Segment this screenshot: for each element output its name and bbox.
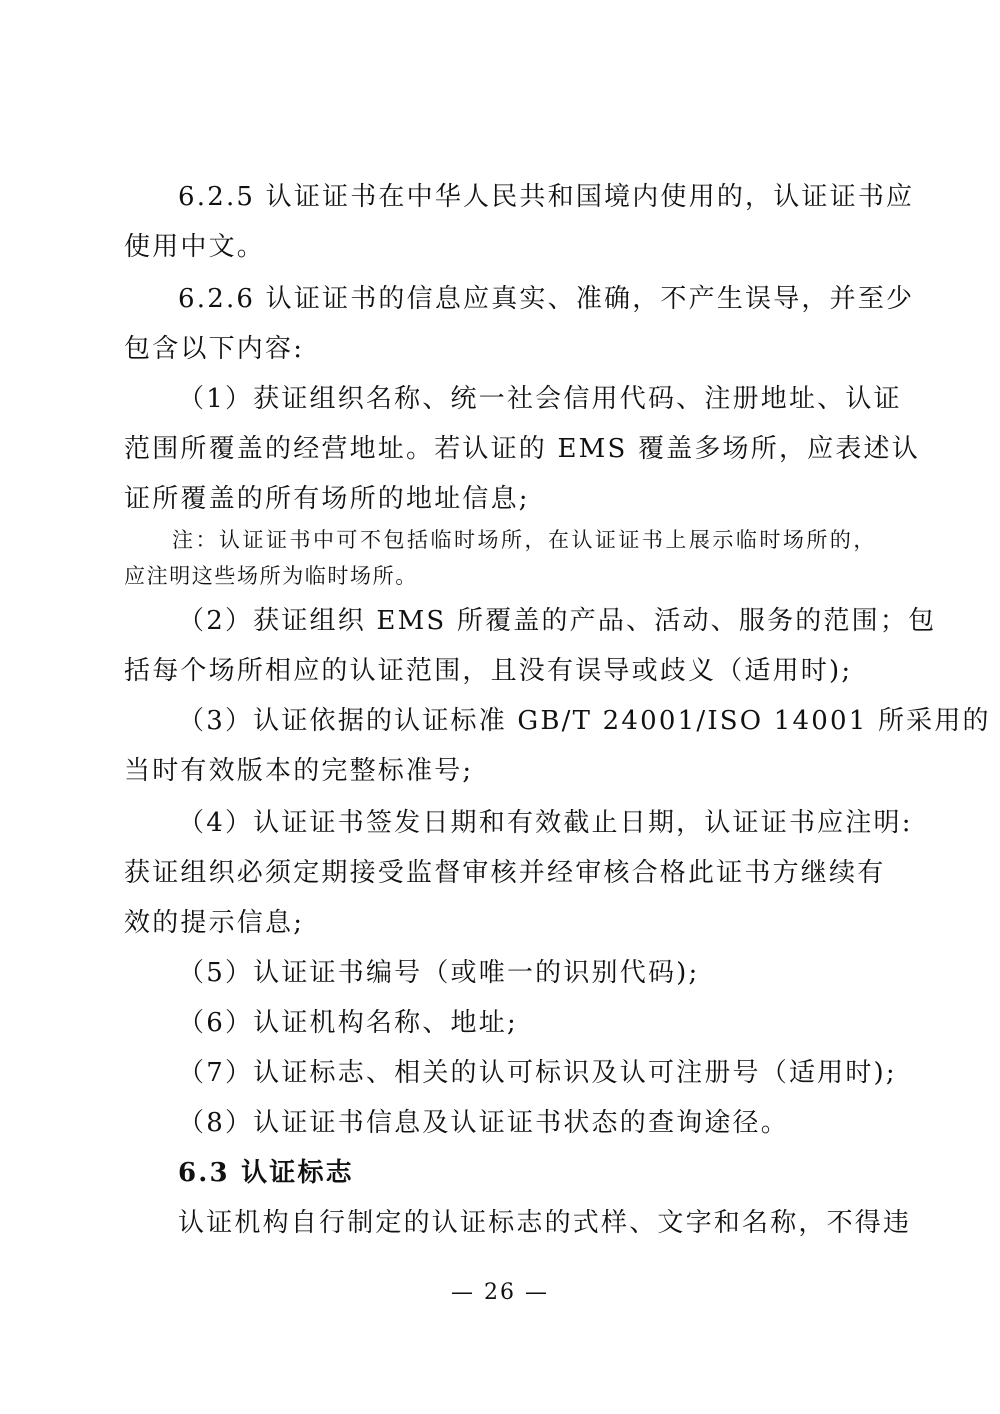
clause-6-2-6-line-2: 包含以下内容:	[124, 332, 876, 366]
clause-6-2-5-line-1: 6.2.5 认证证书在中华人民共和国境内使用的，认证证书应	[178, 180, 876, 214]
note-line-1: 注：认证证书中可不包括临时场所，在认证证书上展示临时场所的，	[172, 526, 876, 554]
item-4-line-1: （4）认证证书签发日期和有效截止日期，认证证书应注明:	[178, 806, 876, 840]
page-number: — 26 —	[0, 1280, 1000, 1305]
item-5: （5）认证证书编号（或唯一的识别代码);	[178, 956, 876, 990]
clause-6-2-6-line-1: 6.2.6 认证证书的信息应真实、准确，不产生误导，并至少	[178, 282, 876, 316]
item-1-line-3: 证所覆盖的所有场所的地址信息;	[124, 482, 876, 516]
clause-6-2-5-line-2: 使用中文。	[124, 230, 876, 264]
item-6: （6）认证机构名称、地址;	[178, 1006, 876, 1040]
item-1-line-2: 范围所覆盖的经营地址。若认证的 EMS 覆盖多场所，应表述认	[124, 432, 876, 466]
item-2-line-2: 括每个场所相应的认证范围，且没有误导或歧义（适用时);	[124, 654, 876, 688]
item-2-line-1: （2）获证组织 EMS 所覆盖的产品、活动、服务的范围；包	[178, 604, 876, 638]
item-4-line-3: 效的提示信息;	[124, 906, 876, 940]
item-7: （7）认证标志、相关的认可标识及认可注册号（适用时);	[178, 1056, 876, 1090]
item-8: （8）认证证书信息及认证证书状态的查询途径。	[178, 1106, 876, 1140]
section-6-3-line-1: 认证机构自行制定的认证标志的式样、文字和名称，不得违	[178, 1206, 876, 1240]
item-1-line-1: （1）获证组织名称、统一社会信用代码、注册地址、认证	[178, 382, 876, 416]
item-3-line-1: （3）认证依据的认证标准 GB/T 24001/ISO 14001 所采用的	[178, 704, 876, 738]
item-3-line-2: 当时有效版本的完整标准号;	[124, 754, 876, 788]
note-line-2: 应注明这些场所为临时场所。	[124, 562, 876, 590]
item-4-line-2: 获证组织必须定期接受监督审核并经审核合格此证书方继续有	[124, 856, 876, 890]
section-heading-6-3: 6.3 认证标志	[178, 1156, 876, 1190]
